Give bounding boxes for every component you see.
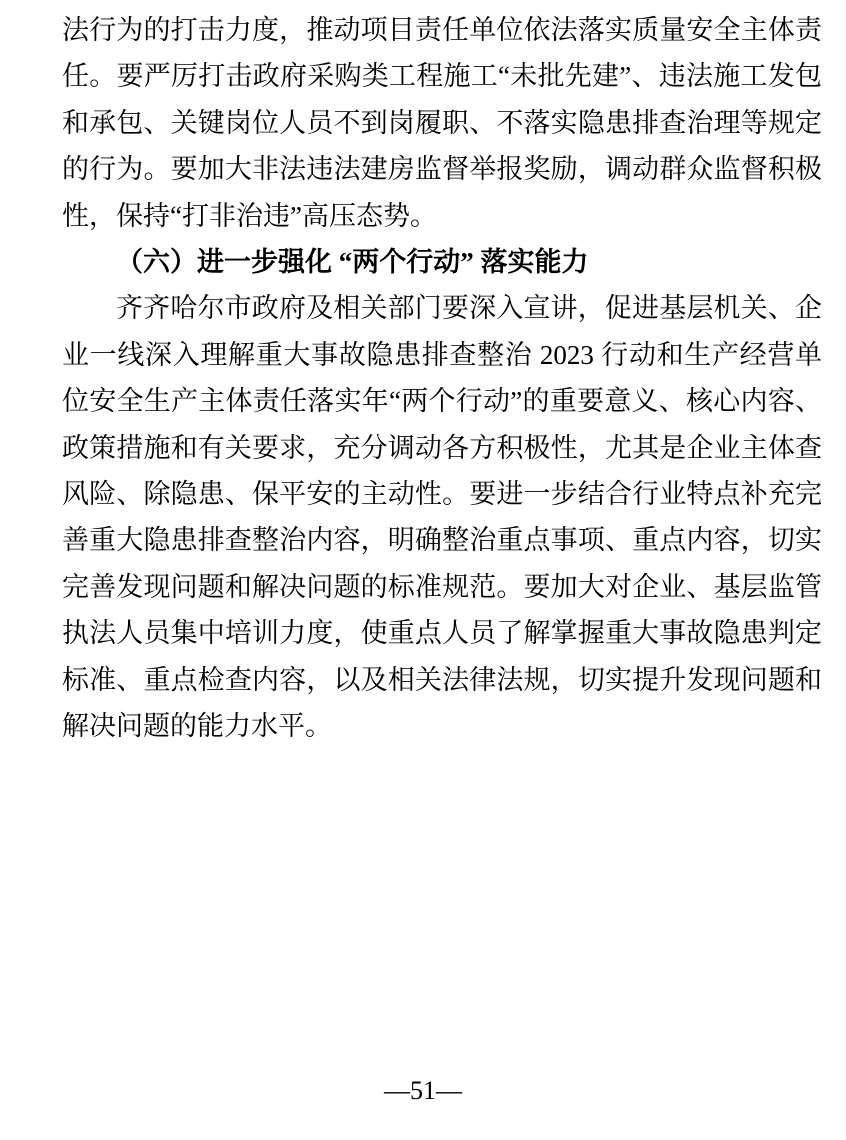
- document-page: { "doc": { "lines": [ "法行为的打击力度，推动项目责任单位…: [0, 0, 846, 1140]
- text-line: 任。要严厉打击政府采购类工程施工“未批先建”、违法施工发包: [62, 53, 822, 99]
- text-line: 善重大隐患排查整治内容，明确整治重点事项、重点内容，切实: [62, 517, 822, 563]
- page: 法行为的打击力度，推动项目责任单位依法落实质量安全主体责 任。要严厉打击政府采购…: [0, 0, 846, 1140]
- text-line: 标准、重点检查内容，以及相关法律法规，切实提升发现问题和: [62, 657, 822, 703]
- section-heading: （六）进一步强化 “两个行动” 落实能力: [62, 239, 822, 285]
- document-body: 法行为的打击力度，推动项目责任单位依法落实质量安全主体责 任。要严厉打击政府采购…: [62, 7, 822, 750]
- text-line: 风险、除隐患、保平安的主动性。要进一步结合行业特点补充完: [62, 471, 822, 517]
- text-line: 法行为的打击力度，推动项目责任单位依法落实质量安全主体责: [62, 7, 822, 53]
- text-line: 性，保持“打非治违”高压态势。: [62, 193, 822, 239]
- text-line: 和承包、关键岗位人员不到岗履职、不落实隐患排查治理等规定: [62, 100, 822, 146]
- text-line: 执法人员集中培训力度，使重点人员了解掌握重大事故隐患判定: [62, 610, 822, 656]
- text-line: 政策措施和有关要求，充分调动各方积极性，尤其是企业主体查: [62, 425, 822, 471]
- text-line: 解决问题的能力水平。: [62, 703, 822, 749]
- page-number: —51—: [0, 1076, 846, 1106]
- text-line: 的行为。要加大非法违法建房监督举报奖励，调动群众监督积极: [62, 146, 822, 192]
- text-line: 位安全生产主体责任落实年“两个行动”的重要意义、核心内容、: [62, 378, 822, 424]
- text-line: 业一线深入理解重大事故隐患排查整治 2023 行动和生产经营单: [62, 332, 822, 378]
- text-line: 齐齐哈尔市政府及相关部门要深入宣讲，促进基层机关、企: [62, 285, 822, 331]
- text-line: 完善发现问题和解决问题的标准规范。要加大对企业、基层监管: [62, 564, 822, 610]
